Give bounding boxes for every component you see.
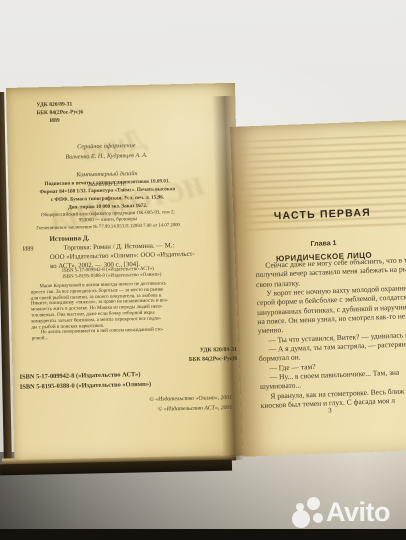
bbk-code: ББК 84(2Рос-Рус)6 <box>37 109 84 118</box>
avito-watermark: Avito <box>292 497 406 535</box>
avito-watermark-label: Avito <box>326 497 390 528</box>
avito-logo-icon <box>313 513 323 523</box>
annotation-block: Маше Корнауховой в жизни никогда ничего … <box>30 280 225 342</box>
body-text: Сейчас даже не могу себе объяснить, что … <box>255 253 406 411</box>
author-heading: Истомина Д. <box>49 234 89 243</box>
left-page: Дина ИСТОМИНА УДК 820/89-31 ББК 84(2Рос-… <box>6 83 243 460</box>
right-page: ЧАСТЬ ПЕРВАЯ Глава 1 ЮРИДИЧЕСКОЕ ЛИЦО Се… <box>230 119 406 456</box>
print-imprint-block: Подписано в печать с готовых диапозитиво… <box>8 176 207 212</box>
author-sign-code: И89 <box>37 117 84 126</box>
chapter-label: Глава 1 <box>234 237 406 251</box>
margin-author-sign: И89 <box>23 245 34 252</box>
catalog-codes-top: УДК 820/89-31 ББК 84(2Рос-Рус)6 И89 <box>36 101 83 125</box>
book-photo: Дина ИСТОМИНА УДК 820/89-31 ББК 84(2Рос-… <box>0 0 406 540</box>
avito-logo-icon <box>292 510 310 528</box>
isbn-block-large: ISBN 5-17-009942-8 («Издательство АСТ») … <box>19 370 151 393</box>
avito-logo-icon <box>307 497 320 510</box>
isbn-block-small: ISBN 5-17-009942-8 («Издательство АСТ») … <box>62 267 161 282</box>
